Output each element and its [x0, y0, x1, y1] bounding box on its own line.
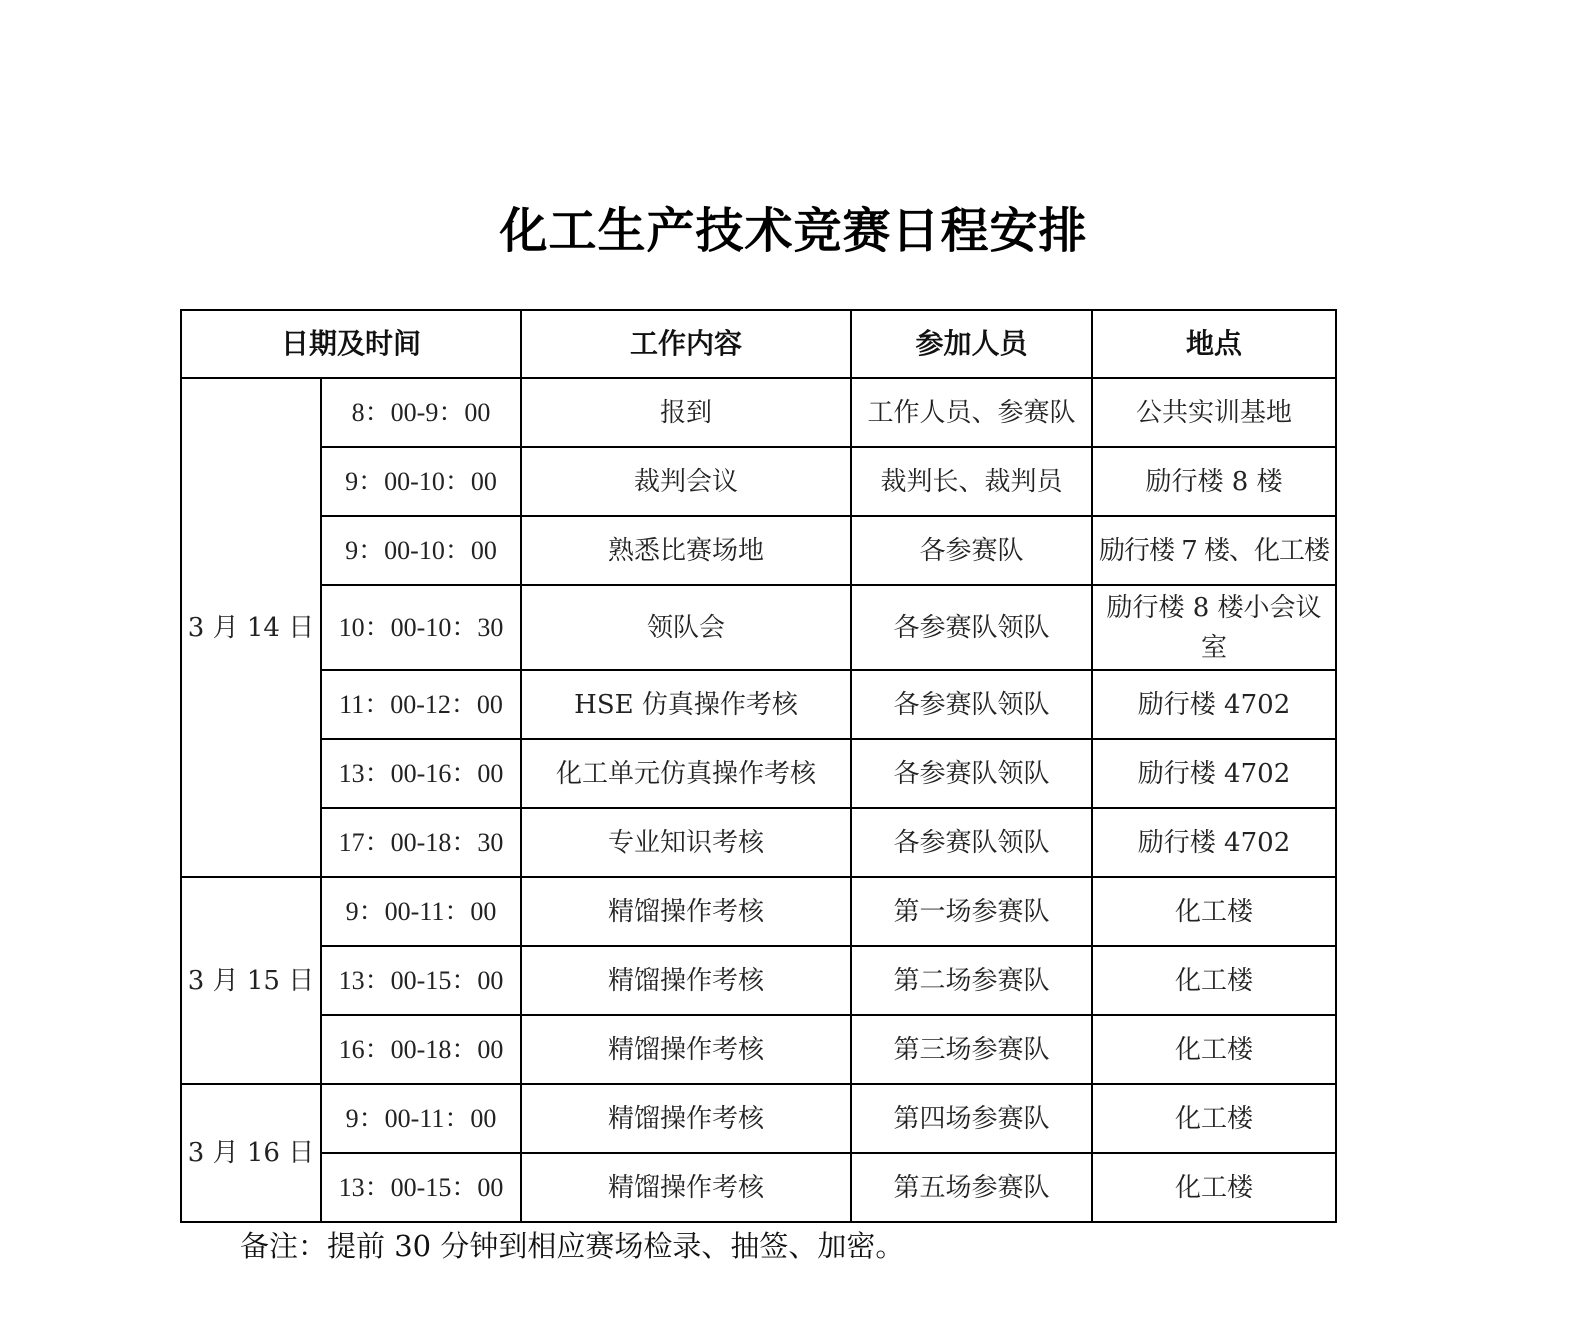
participants-cell: 第一场参赛队: [851, 877, 1092, 946]
table-row: 13：00-15：00 精馏操作考核 第五场参赛队 化工楼: [181, 1153, 1336, 1222]
location-cell: 化工楼: [1092, 877, 1336, 946]
table-row: 17：00-18：30 专业知识考核 各参赛队领队 励行楼 4702: [181, 808, 1336, 877]
participants-cell: 各参赛队领队: [851, 739, 1092, 808]
content-cell: 专业知识考核: [521, 808, 851, 877]
time-cell: 9：00-10：00: [321, 516, 521, 585]
content-cell: 裁判会议: [521, 447, 851, 516]
header-content: 工作内容: [521, 310, 851, 378]
content-cell: 精馏操作考核: [521, 877, 851, 946]
participants-cell: 各参赛队领队: [851, 585, 1092, 670]
time-cell: 16：00-18：00: [321, 1015, 521, 1084]
content-cell: 熟悉比赛场地: [521, 516, 851, 585]
table-row: 13：00-15：00 精馏操作考核 第二场参赛队 化工楼: [181, 946, 1336, 1015]
date-cell: 3 月 14 日: [181, 378, 321, 877]
content-cell: 领队会: [521, 585, 851, 670]
time-cell: 10：00-10：30: [321, 585, 521, 670]
table-row: 9：00-10：00 熟悉比赛场地 各参赛队 励行楼 7 楼、化工楼: [181, 516, 1336, 585]
content-cell: 精馏操作考核: [521, 1084, 851, 1153]
page-title: 化工生产技术竞赛日程安排: [0, 192, 1587, 261]
date-cell: 3 月 15 日: [181, 877, 321, 1084]
content-cell: 精馏操作考核: [521, 946, 851, 1015]
time-cell: 13：00-16：00: [321, 739, 521, 808]
participants-cell: 第五场参赛队: [851, 1153, 1092, 1222]
table-row: 9：00-10：00 裁判会议 裁判长、裁判员 励行楼 8 楼: [181, 447, 1336, 516]
participants-cell: 第三场参赛队: [851, 1015, 1092, 1084]
participants-cell: 工作人员、参赛队: [851, 378, 1092, 447]
header-location: 地点: [1092, 310, 1336, 378]
content-cell: 精馏操作考核: [521, 1015, 851, 1084]
header-date-time: 日期及时间: [181, 310, 521, 378]
time-cell: 8：00-9：00: [321, 378, 521, 447]
footnote: 备注：提前 30 分钟到相应赛场检录、抽签、加密。: [240, 1224, 904, 1265]
content-cell: 精馏操作考核: [521, 1153, 851, 1222]
location-cell: 化工楼: [1092, 1084, 1336, 1153]
participants-cell: 第四场参赛队: [851, 1084, 1092, 1153]
time-cell: 9：00-11：00: [321, 1084, 521, 1153]
location-cell: 励行楼 8 楼: [1092, 447, 1336, 516]
participants-cell: 裁判长、裁判员: [851, 447, 1092, 516]
location-cell: 化工楼: [1092, 1153, 1336, 1222]
time-cell: 11：00-12：00: [321, 670, 521, 739]
location-cell: 化工楼: [1092, 946, 1336, 1015]
participants-cell: 各参赛队领队: [851, 670, 1092, 739]
table-row: 3 月 16 日 9：00-11：00 精馏操作考核 第四场参赛队 化工楼: [181, 1084, 1336, 1153]
content-cell: 化工单元仿真操作考核: [521, 739, 851, 808]
table-row: 3 月 15 日 9：00-11：00 精馏操作考核 第一场参赛队 化工楼: [181, 877, 1336, 946]
table-row: 10：00-10：30 领队会 各参赛队领队 励行楼 8 楼小会议室: [181, 585, 1336, 670]
location-cell: 励行楼 7 楼、化工楼: [1092, 516, 1336, 585]
content-cell: 报到: [521, 378, 851, 447]
table-row: 3 月 14 日 8：00-9：00 报到 工作人员、参赛队 公共实训基地: [181, 378, 1336, 447]
location-cell: 励行楼 4702: [1092, 739, 1336, 808]
participants-cell: 各参赛队: [851, 516, 1092, 585]
participants-cell: 第二场参赛队: [851, 946, 1092, 1015]
location-cell: 励行楼 4702: [1092, 670, 1336, 739]
header-row: 日期及时间 工作内容 参加人员 地点: [181, 310, 1336, 378]
table-row: 16：00-18：00 精馏操作考核 第三场参赛队 化工楼: [181, 1015, 1336, 1084]
table-row: 11：00-12：00 HSE 仿真操作考核 各参赛队领队 励行楼 4702: [181, 670, 1336, 739]
date-cell: 3 月 16 日: [181, 1084, 321, 1222]
time-cell: 13：00-15：00: [321, 946, 521, 1015]
participants-cell: 各参赛队领队: [851, 808, 1092, 877]
header-participants: 参加人员: [851, 310, 1092, 378]
schedule-table: 日期及时间 工作内容 参加人员 地点 3 月 14 日 8：00-9：00 报到…: [180, 309, 1337, 1223]
time-cell: 9：00-10：00: [321, 447, 521, 516]
time-cell: 9：00-11：00: [321, 877, 521, 946]
location-cell: 励行楼 8 楼小会议室: [1092, 585, 1336, 670]
content-cell: HSE 仿真操作考核: [521, 670, 851, 739]
time-cell: 13：00-15：00: [321, 1153, 521, 1222]
location-cell: 励行楼 4702: [1092, 808, 1336, 877]
location-cell: 公共实训基地: [1092, 378, 1336, 447]
location-cell: 化工楼: [1092, 1015, 1336, 1084]
time-cell: 17：00-18：30: [321, 808, 521, 877]
table-row: 13：00-16：00 化工单元仿真操作考核 各参赛队领队 励行楼 4702: [181, 739, 1336, 808]
